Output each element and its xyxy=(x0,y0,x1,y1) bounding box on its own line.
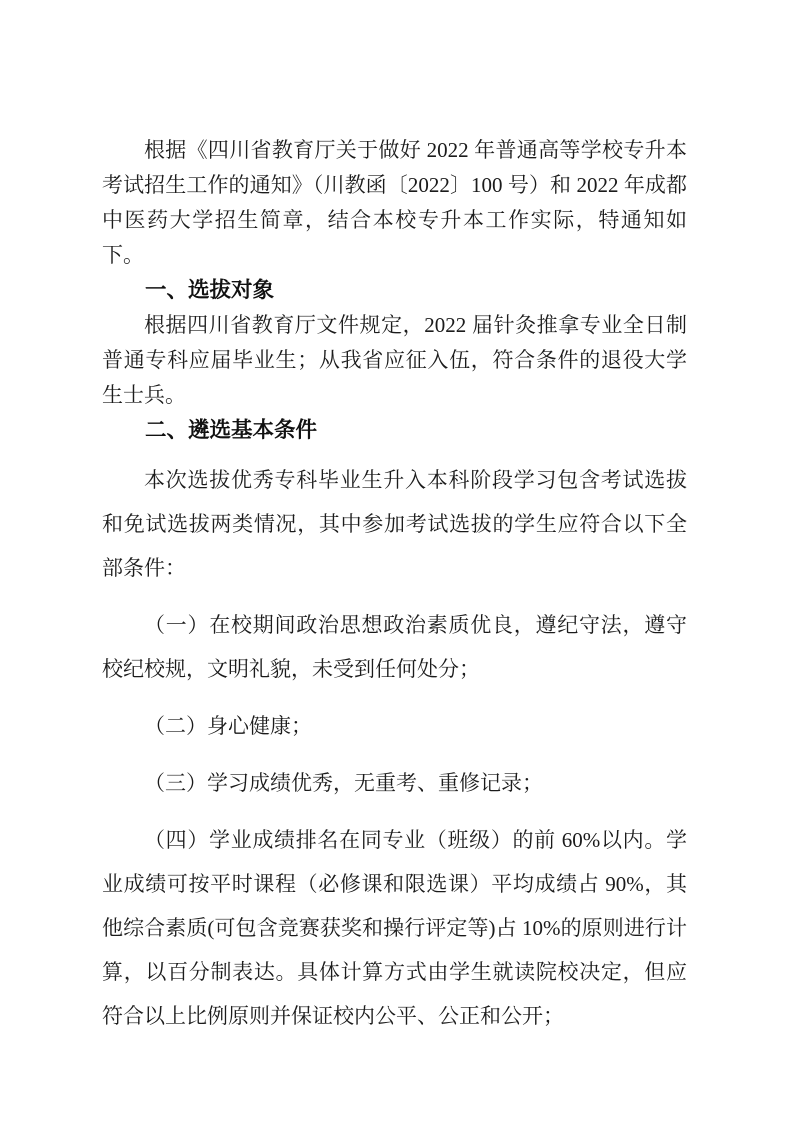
condition-item-1: （一）在校期间政治思想政治素质优良，遵纪守法，遵守校纪校规，文明礼貌，未受到任何… xyxy=(102,603,687,691)
document-page: 根据《四川省教育厅关于做好 2022 年普通高等学校专升本考试招生工作的通知》（… xyxy=(0,0,793,1122)
section-selection-targets: 一、选拔对象 根据四川省教育厅文件规定，2022 届针灸推拿专业全日制普通专科应… xyxy=(102,273,687,413)
section-2-intro-paragraph: 本次选拔优秀专科毕业生升入本科阶段学习包含考试选拔和免试选拔两类情况，其中参加考… xyxy=(102,458,687,590)
condition-item-3: （三）学习成绩优秀，无重考、重修记录； xyxy=(102,761,687,805)
section-2-heading: 二、遴选基本条件 xyxy=(102,413,687,448)
section-2-body: 本次选拔优秀专科毕业生升入本科阶段学习包含考试选拔和免试选拔两类情况，其中参加考… xyxy=(102,458,687,1038)
condition-item-2: （二）身心健康； xyxy=(102,704,687,748)
condition-item-4: （四）学业成绩排名在同专业（班级）的前 60%以内。学业成绩可按平时课程（必修课… xyxy=(102,818,687,1038)
section-basic-conditions: 二、遴选基本条件 本次选拔优秀专科毕业生升入本科阶段学习包含考试选拔和免试选拔两… xyxy=(102,413,687,1038)
section-1-paragraph: 根据四川省教育厅文件规定，2022 届针灸推拿专业全日制普通专科应届毕业生；从我… xyxy=(102,308,687,413)
intro-paragraph: 根据《四川省教育厅关于做好 2022 年普通高等学校专升本考试招生工作的通知》（… xyxy=(102,133,687,273)
section-1-heading: 一、选拔对象 xyxy=(102,273,687,308)
